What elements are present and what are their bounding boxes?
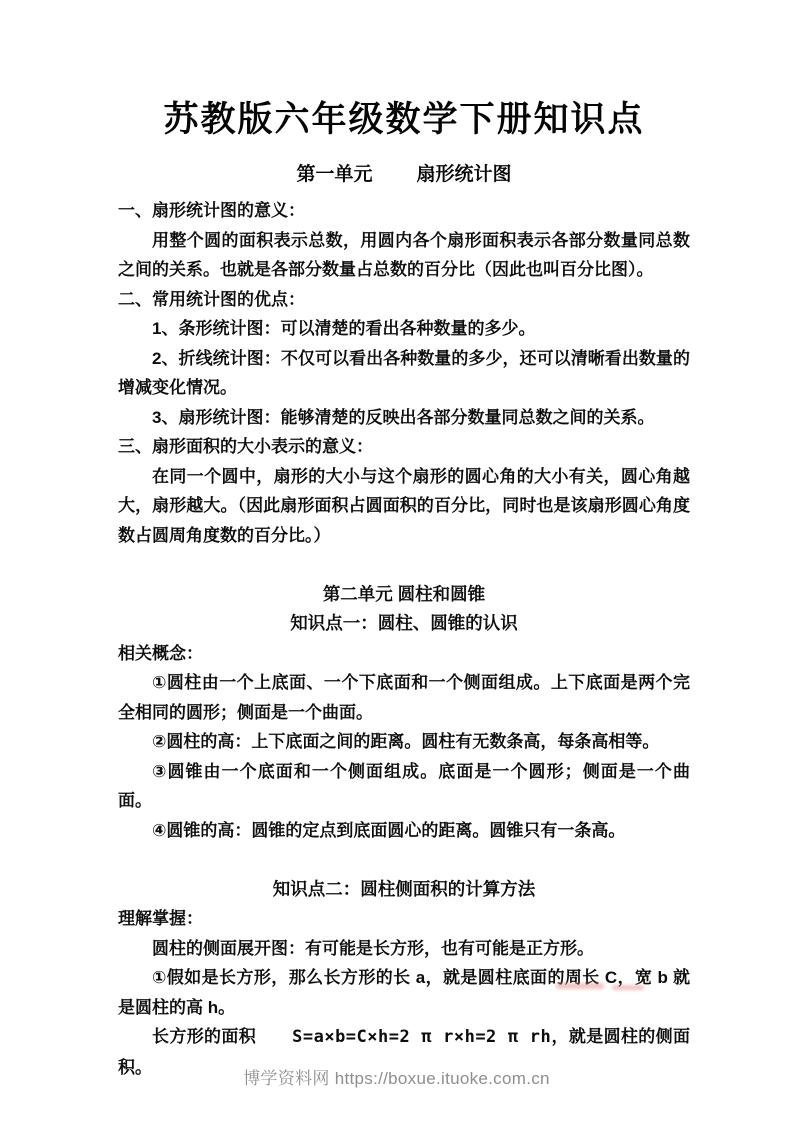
spacer <box>118 845 690 875</box>
section2-heading: 二、常用统计图的优点： <box>118 285 690 315</box>
section1-heading: 一、扇形统计图的意义： <box>118 196 690 226</box>
section1-body: 用整个圆的面积表示总数，用圆内各个扇形面积表示各部分数量同总数之间的关系。也就是… <box>118 226 690 285</box>
formula-label: 长方形的面积 <box>152 1027 256 1046</box>
section2-item3: 3、扇形统计图：能够清楚的反映出各部分数量同总数之间的关系。 <box>118 403 690 433</box>
watermark-footer: 博学资料网 https://boxue.ituoke.com.cn <box>0 1064 793 1089</box>
kp2-label: 理解掌握： <box>118 904 690 934</box>
kp2-item2: ①假如是长方形，那么长方形的长 a，就是圆柱底面的周长 C，宽 b 就是圆柱的高… <box>118 963 690 1022</box>
unit1-name: 扇形统计图 <box>417 162 512 188</box>
kp1-item2: ②圆柱的高：上下底面之间的距离。圆柱有无数条高，每条高相等。 <box>118 727 690 757</box>
unit2-kp2-title: 知识点二：圆柱侧面积的计算方法 <box>118 875 690 905</box>
unit2-heading: 第二单元 圆柱和圆锥 <box>118 580 690 610</box>
body-text: 一、扇形统计图的意义： 用整个圆的面积表示总数，用圆内各个扇形面积表示各部分数量… <box>118 196 690 1082</box>
kp1-item1: ①圆柱由一个上底面、一个下底面和一个侧面组成。上下底面是两个完全相同的圆形；侧面… <box>118 668 690 727</box>
kp2-item1: 圆柱的侧面展开图：有可能是长方形，也有可能是正方形。 <box>118 934 690 964</box>
unit1-heading: 第一单元 扇形统计图 <box>118 162 690 188</box>
formula-expression: S=a×b=C×h=2 π r×h=2 π rh <box>292 1027 551 1047</box>
document-content: 苏教版六年级数学下册知识点 第一单元 扇形统计图 一、扇形统计图的意义： 用整个… <box>118 98 690 1082</box>
document-page: 苏教版六年级数学下册知识点 第一单元 扇形统计图 一、扇形统计图的意义： 用整个… <box>0 0 793 1122</box>
kp1-item4: ④圆锥的高：圆锥的定点到底面圆心的距离。圆锥只有一条高。 <box>118 816 690 846</box>
section2-item2: 2、折线统计图：不仅可以看出各种数量的多少，还可以清晰看出数量的增减变化情况。 <box>118 344 690 403</box>
document-title: 苏教版六年级数学下册知识点 <box>118 98 690 142</box>
section2-item1: 1、条形统计图：可以清楚的看出各种数量的多少。 <box>118 314 690 344</box>
kp1-label: 相关概念： <box>118 639 690 669</box>
unit2-kp1-title: 知识点一：圆柱、圆锥的认识 <box>118 609 690 639</box>
section3-heading: 三、扇形面积的大小表示的意义： <box>118 432 690 462</box>
unit1-label: 第一单元 <box>296 162 372 188</box>
kp1-item3: ③圆锥由一个底面和一个侧面组成。底面是一个圆形；侧面是一个曲面。 <box>118 757 690 816</box>
section3-body: 在同一个圆中，扇形的大小与这个扇形的圆心角的大小有关，圆心角越大，扇形越大。（因… <box>118 462 690 551</box>
spacer <box>118 550 690 580</box>
